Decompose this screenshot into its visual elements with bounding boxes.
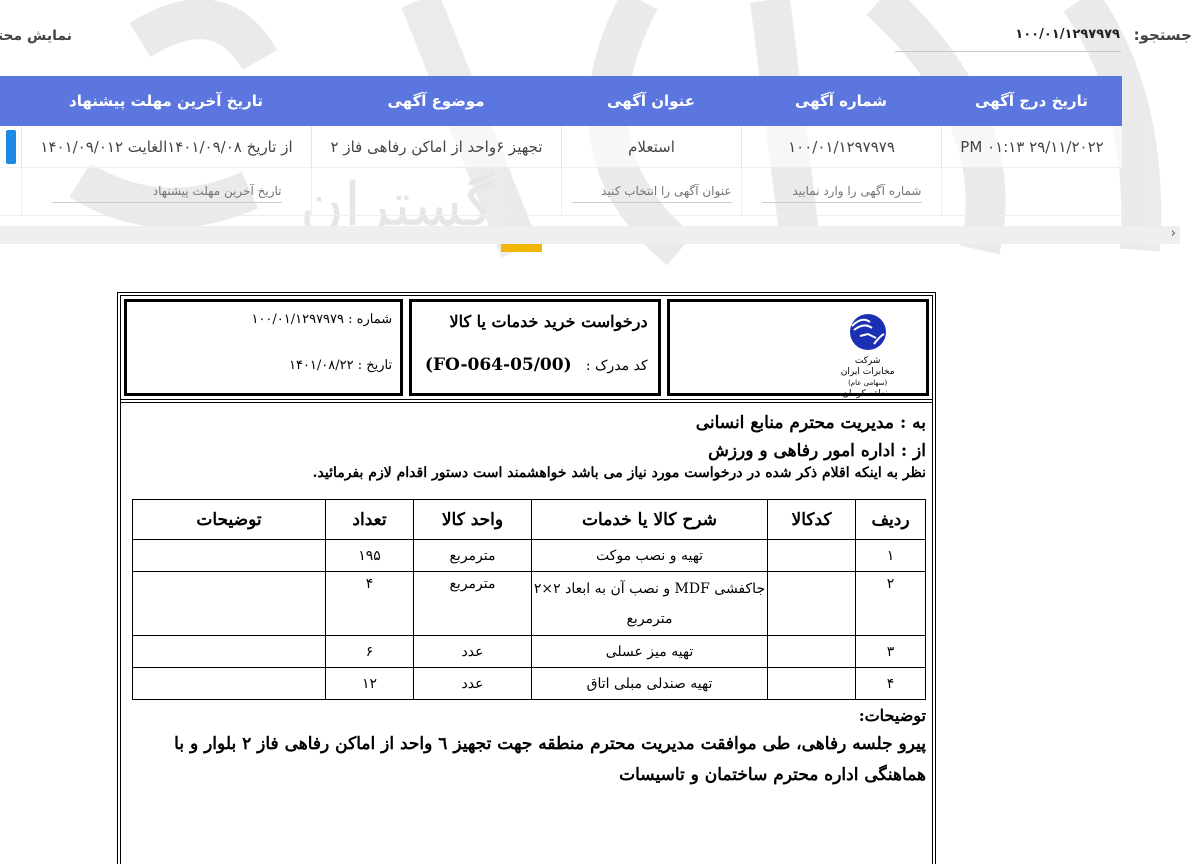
meta-box: شماره : ۱۰۰/۰۱/۱۲۹۷۹۷۹ تاریخ : ۱۴۰۱/۰۸/۲…	[124, 299, 403, 396]
filter-ad-subject	[311, 168, 561, 215]
th-quantity: تعداد	[326, 500, 414, 540]
col-header-ad-subject[interactable]: موضوع آگهی	[311, 76, 561, 126]
table-row: ۳ تهیه میز عسلی عدد ۶	[133, 636, 926, 668]
col-header-ad-title[interactable]: عنوان آگهی	[561, 76, 741, 126]
sender-line: از : اداره امور رفاهی و ورزش	[127, 441, 926, 461]
item-description: تهیه و نصب موکت	[532, 540, 768, 572]
intro-paragraph: نظر به اینکه اقلام ذکر شده در درخواست مو…	[127, 465, 926, 481]
grid-filter-row	[0, 168, 1122, 216]
item-unit: عدد	[414, 668, 532, 700]
items-table: ردیف کدکالا شرح کالا یا خدمات واحد کالا …	[132, 499, 926, 700]
row-action-button[interactable]	[6, 130, 16, 164]
notes-title: توضیحات:	[127, 706, 926, 725]
cell-ad-subject: تجهیز ۶واحد از اماکن رفاهی فاز ۲	[311, 126, 561, 167]
item-description: تهیه میز عسلی	[532, 636, 768, 668]
ads-grid: تاریخ درج آگهی شماره آگهی عنوان آگهی موض…	[0, 76, 1122, 216]
col-header-action	[0, 76, 21, 126]
ad-number-filter-input[interactable]	[762, 180, 922, 203]
row-no: ۲	[856, 572, 926, 636]
document-date: تاریخ : ۱۴۰۱/۰۸/۲۲	[289, 358, 392, 373]
cell-ad-title: استعلام	[561, 126, 741, 167]
cell-ad-number: ۱۰۰/۰۱/۱۲۹۷۹۷۹	[741, 126, 941, 167]
item-code	[768, 636, 856, 668]
filter-ad-title	[561, 168, 741, 215]
table-row: ۲ جاکفشی MDF و نصب آن به ابعاد ۲×۲ مترمر…	[133, 572, 926, 636]
logo-box: شرکت مخابرات ایران (سهامی عام) منطقه کرم…	[667, 299, 929, 396]
item-code	[768, 540, 856, 572]
col-header-ad-number[interactable]: شماره آگهی	[741, 76, 941, 126]
item-code	[768, 668, 856, 700]
horizontal-scrollbar[interactable]: ›	[0, 226, 1180, 244]
item-unit: مترمربع	[414, 572, 532, 636]
grid-header: تاریخ درج آگهی شماره آگهی عنوان آگهی موض…	[0, 76, 1122, 126]
table-row[interactable]: ۲۹/۱۱/۲۰۲۲ ۰۱:۱۳ PM ۱۰۰/۰۱/۱۲۹۷۹۷۹ استعل…	[0, 126, 1122, 168]
th-row-no: ردیف	[856, 500, 926, 540]
document-number: شماره : ۱۰۰/۰۱/۱۲۹۷۹۷۹	[251, 312, 392, 327]
item-quantity: ۴	[326, 572, 414, 636]
row-no: ۳	[856, 636, 926, 668]
th-item-code: کدکالا	[768, 500, 856, 540]
item-note	[133, 636, 326, 668]
item-quantity: ۱۲	[326, 668, 414, 700]
row-no: ۴	[856, 668, 926, 700]
table-row: ۴ تهیه صندلی مبلی اتاق عدد ۱۲	[133, 668, 926, 700]
item-quantity: ۶	[326, 636, 414, 668]
row-no: ۱	[856, 540, 926, 572]
filter-action	[0, 168, 21, 215]
notes-text: پیرو جلسه رفاهی، طی موافقت مدیریت محترم …	[127, 729, 926, 791]
th-description: شرح کالا یا خدمات	[532, 500, 768, 540]
cell-insert-date: ۲۹/۱۱/۲۰۲۲ ۰۱:۱۳ PM	[941, 126, 1122, 167]
th-notes: توضیحات	[133, 500, 326, 540]
th-unit: واحد کالا	[414, 500, 532, 540]
filter-insert-date	[941, 168, 1122, 215]
filter-ad-number	[741, 168, 941, 215]
show-content-label[interactable]: نمایش محتوا	[0, 28, 72, 44]
company-logo: شرکت مخابرات ایران (سهامی عام) منطقه کرم…	[838, 312, 898, 400]
item-code	[768, 572, 856, 636]
item-note	[133, 572, 326, 636]
ad-title-filter-select[interactable]	[572, 180, 732, 203]
search-label: جستجو:	[1134, 26, 1192, 44]
item-unit: عدد	[414, 636, 532, 668]
item-description: جاکفشی MDF و نصب آن به ابعاد ۲×۲ مترمربع	[532, 572, 768, 636]
scrollbar-thumb[interactable]	[501, 244, 542, 252]
purchase-request-document: شرکت مخابرات ایران (سهامی عام) منطقه کرم…	[117, 292, 936, 864]
cell-action	[0, 126, 21, 167]
items-table-header: ردیف کدکالا شرح کالا یا خدمات واحد کالا …	[133, 500, 926, 540]
table-row: ۱ تهیه و نصب موکت مترمربع ۱۹۵	[133, 540, 926, 572]
search-underline	[895, 51, 1121, 52]
item-quantity: ۱۹۵	[326, 540, 414, 572]
deadline-filter-input[interactable]	[52, 180, 282, 203]
search-input[interactable]: ۱۰۰/۰۱/۱۲۹۷۹۷۹	[1015, 27, 1120, 42]
scroll-right-icon[interactable]: ›	[1171, 226, 1176, 241]
col-header-deadline[interactable]: تاریخ آخرین مهلت پیشنهاد	[21, 76, 311, 126]
document-body: به : مدیریت محترم منابع انسانی از : ادار…	[121, 403, 932, 791]
telecom-logo-icon	[846, 312, 890, 352]
item-note	[133, 540, 326, 572]
logo-company-name: شرکت مخابرات ایران	[838, 356, 898, 378]
document-code-value: (FO-064-05/00)	[425, 355, 572, 375]
filter-deadline	[21, 168, 311, 215]
document-code-label: کد مدرک :	[586, 358, 648, 374]
top-bar: جستجو: ۱۰۰/۰۱/۱۲۹۷۹۷۹ نمایش محتوا	[0, 0, 1200, 70]
cell-deadline: از تاریخ ۱۴۰۱/۰۹/۰۸الغایت ۱۴۰۱/۰۹/۰۱۲	[21, 126, 311, 167]
document-header: شرکت مخابرات ایران (سهامی عام) منطقه کرم…	[121, 296, 932, 403]
document-title: درخواست خرید خدمات یا کالا	[449, 312, 647, 331]
item-unit: مترمربع	[414, 540, 532, 572]
item-description: تهیه صندلی مبلی اتاق	[532, 668, 768, 700]
logo-subtitle: (سهامی عام)	[838, 378, 898, 389]
recipient-line: به : مدیریت محترم منابع انسانی	[127, 413, 926, 433]
item-note	[133, 668, 326, 700]
logo-region: منطقه کرمان	[838, 389, 898, 400]
title-box: درخواست خرید خدمات یا کالا کد مدرک : (FO…	[409, 299, 661, 396]
col-header-insert-date[interactable]: تاریخ درج آگهی	[941, 76, 1122, 126]
